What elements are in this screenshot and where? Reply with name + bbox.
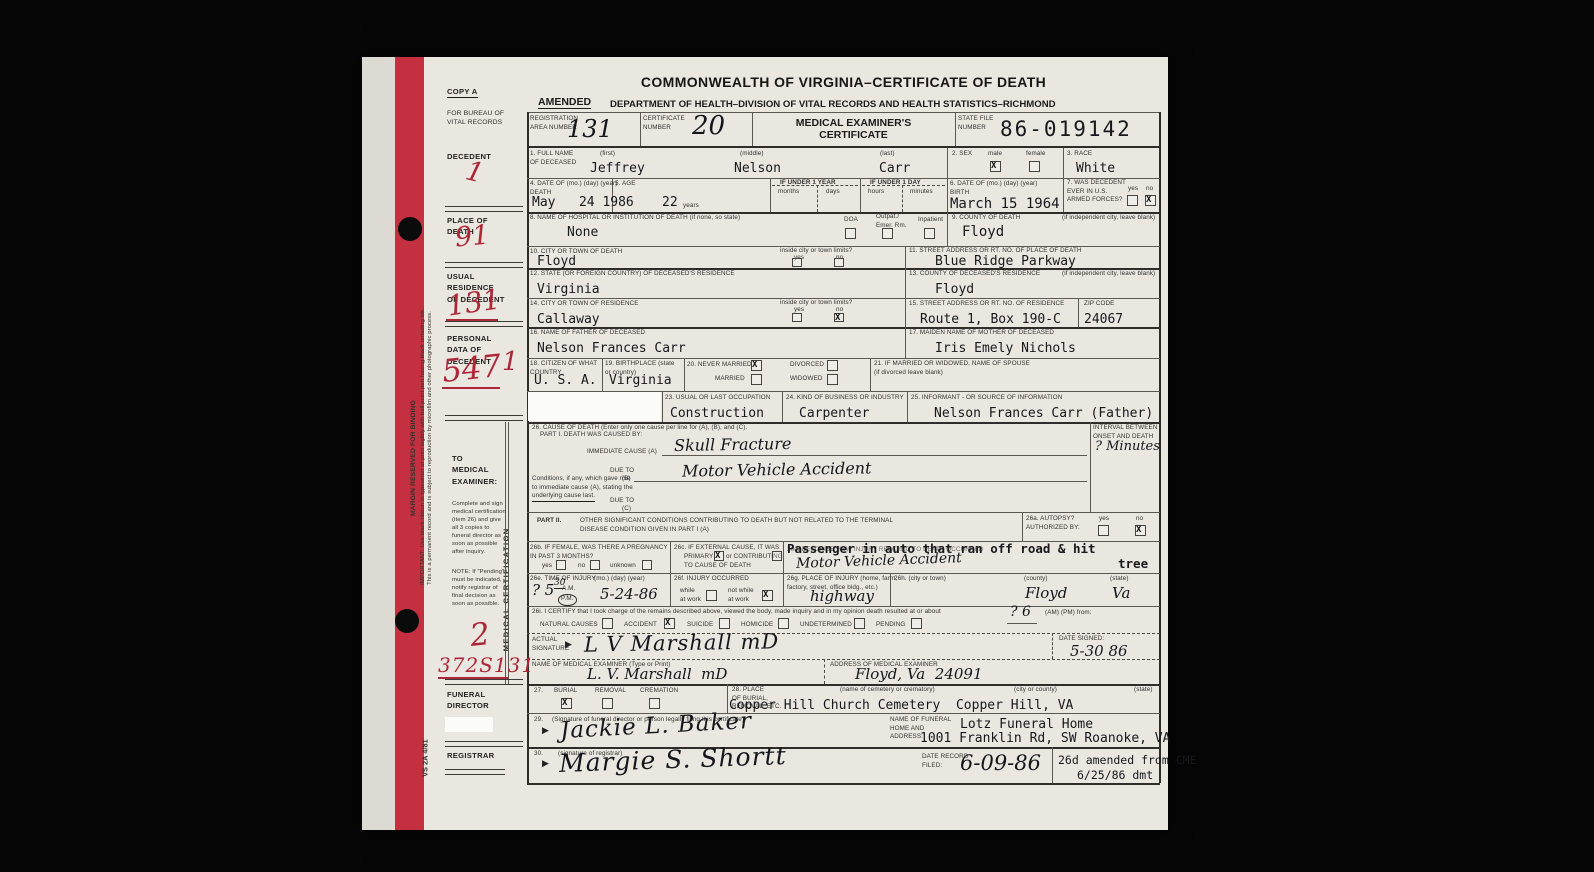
not-while-at-work-checkbox (762, 590, 773, 601)
certify-statement: 26i. I CERTIFY that I took charge of the… (532, 608, 941, 617)
certificate-paper: MARGIN RESERVED FOR BINDING IMPORTANT: U… (362, 57, 1168, 830)
occupation-label: 23. USUAL OR LAST OCCUPATION (665, 394, 770, 403)
date-of-death-value: May 24 1986 (532, 195, 634, 210)
never-married-checkbox (751, 360, 762, 371)
informant-label: 25. INFORMANT - OR SOURCE OF INFORMATION (911, 394, 1062, 403)
residence-city-label: 14. CITY OR TOWN OF RESIDENCE (530, 300, 639, 309)
homicide-checkbox (778, 618, 789, 629)
days-label: days (826, 188, 840, 197)
county-of-death-value: Floyd (962, 224, 1004, 240)
examiner-address-value: Floyd, Va 24091 (855, 665, 983, 683)
residence-county-hint: (if independent city, leave blank) (1062, 270, 1155, 279)
mother-name-label: 17. MAIDEN NAME OF MOTHER OF DECEASED (909, 329, 1054, 338)
divider (445, 321, 523, 327)
burial-label: BURIAL (554, 687, 577, 696)
armed-forces-no-label: no (1146, 185, 1153, 194)
date-of-injury-value: 5-24-86 (600, 585, 658, 603)
industry-label: 24. KIND OF BUSINESS OR INDUSTRY (786, 394, 904, 403)
accident-label: ACCIDENT (624, 621, 657, 630)
residence-county-value: Floyd (935, 282, 974, 297)
autopsy-yes-checkbox (1098, 525, 1109, 536)
county-of-death-label: 9. COUNTY OF DEATH (952, 214, 1020, 223)
ampm-from-label: (AM) (PM) from: (1045, 609, 1092, 618)
mother-name-value: Iris Emely Nichols (935, 341, 1076, 356)
punch-hole (398, 217, 422, 241)
part2-text: OTHER SIGNIFICANT CONDITIONS CONTRIBUTIN… (580, 517, 893, 534)
armed-forces-no-checkbox (1145, 195, 1156, 206)
state-file-number: 86-019142 (1000, 117, 1132, 141)
armed-forces-yes-checkbox (1127, 195, 1138, 206)
paper-edge (362, 57, 395, 830)
not-while-at-work-label: not while at work (728, 587, 754, 604)
conditions-note-underlined: underlying cause last. (532, 492, 595, 502)
examiner-name-value: L. V. Marshall mD (587, 665, 727, 683)
widowed-label: WIDOWED (790, 375, 823, 384)
margin-important-text-2: This is a permanent record and is subjec… (427, 311, 435, 585)
sex-male-checkbox (990, 161, 1001, 172)
natural-causes-label: NATURAL CAUSES (540, 621, 598, 630)
accident-checkbox (664, 618, 675, 629)
county-of-death-hint: (if independent city, leave blank) (1062, 214, 1155, 223)
residence-county-label: 13. COUNTY OF DECEASED'S RESIDENCE (909, 270, 1040, 279)
spouse-label: 21. IF MARRIED OR WIDOWED, NAME OF SPOUS… (874, 360, 1030, 377)
bureau-label: FOR BUREAU OF VITAL RECORDS (447, 109, 504, 127)
immediate-cause-value: Skull Fracture (674, 434, 792, 455)
hospital-label: 8. NAME OF HOSPITAL OR INSTITUTION OF DE… (530, 214, 740, 223)
city-county-hint: (city or county) (1014, 686, 1057, 695)
date-of-birth-value: March 15 1964 (950, 196, 1060, 212)
residence-state-label: 12. STATE (OR FOREIGN COUNTRY) OF DECEAS… (530, 270, 735, 279)
first-name-value: Jeffrey (590, 161, 645, 176)
minutes-label: minutes (910, 188, 933, 197)
divider (445, 769, 505, 775)
redacted-field-whiteout (528, 392, 661, 421)
due-to-b-value: Motor Vehicle Accident (682, 458, 872, 480)
red-annotation-place: 91 (454, 220, 491, 254)
autopsy-no-label: no (1136, 515, 1143, 524)
injury-description-typed-2: tree (1118, 556, 1148, 571)
divider (445, 741, 523, 747)
state-hint: (state) (1134, 686, 1153, 695)
me-certificate-label: MEDICAL EXAMINER'S CERTIFICATE (752, 117, 955, 141)
disposition-number: 27. (534, 687, 543, 696)
red-annotation-residence: 131 (445, 282, 503, 322)
part2-label: PART II. (537, 517, 561, 526)
pregnancy-no-label: no (578, 562, 585, 571)
city-of-death-value: Floyd (537, 254, 576, 269)
race-value: White (1076, 161, 1115, 176)
removal-checkbox (602, 698, 613, 709)
time-of-injury-sub: (mo.) (day) (year) (594, 575, 645, 584)
injury-city-label: 26h. (city or town) (894, 575, 946, 584)
autopsy-no-checkbox (1135, 525, 1146, 536)
pregnancy-yes-checkbox (556, 560, 566, 570)
cremation-label: CREMATION (640, 687, 678, 696)
primary-label: PRIMARY (684, 553, 713, 562)
funeral-home-address: 1001 Franklin Rd, SW Roanoke, VA (920, 731, 1170, 746)
cemetery-hint: (name of cemetery or crematory) (840, 686, 935, 695)
sex-female-checkbox (1029, 161, 1040, 172)
contributing-checkbox (772, 551, 782, 561)
doa-label: DOA (844, 216, 858, 225)
pregnancy-no-checkbox (590, 560, 600, 570)
to-cause-label: TO CAUSE OF DEATH (684, 562, 751, 571)
first-label: (first) (600, 150, 615, 159)
interval-value: ? Minutes (1095, 439, 1160, 454)
inpatient-checkbox (924, 228, 935, 239)
under-1-day-label: IF UNDER 1 DAY (870, 179, 921, 188)
injury-occurred-label: 26f. INJURY OCCURRED (674, 575, 749, 584)
while-at-work-label: while at work (680, 587, 701, 604)
death-time-value: ? 6 (1010, 604, 1031, 620)
last-name-value: Carr (879, 161, 910, 176)
undetermined-checkbox (854, 618, 865, 629)
residence-limits-yes-checkbox (792, 313, 802, 322)
medical-examiner-signature: L V Marshall mD (584, 629, 780, 656)
divider (445, 415, 523, 421)
doa-checkbox (845, 228, 856, 239)
while-at-work-checkbox (706, 590, 717, 601)
immediate-cause-label: IMMEDIATE CAUSE (A) (587, 448, 657, 457)
middle-label: (middle) (740, 150, 764, 159)
father-name-value: Nelson Frances Carr (537, 341, 686, 356)
certificate-number-label: CERTIFICATE NUMBER (643, 115, 685, 132)
red-annotation-examiner: 2 (468, 616, 491, 654)
state-file-label: STATE FILE NUMBER (958, 115, 993, 132)
residence-state-value: Virginia (537, 282, 600, 297)
section-funeral-director: FUNERAL DIRECTOR (447, 689, 489, 712)
age-unit-label: years (683, 202, 699, 211)
whiteout-patch (445, 717, 493, 732)
red-annotation-personal-2: 1 (502, 347, 519, 377)
form-code: VS 2A 4/81 (420, 739, 430, 777)
pm-label-circled: P.M. (558, 594, 577, 606)
outpatient-checkbox (882, 228, 893, 239)
section-to-medical-examiner: TO MEDICAL EXAMINER: (452, 453, 497, 487)
am-label: A.M. (562, 585, 575, 594)
widowed-checkbox (827, 374, 838, 385)
death-street-value: Blue Ridge Parkway (935, 254, 1076, 269)
pending-checkbox (911, 618, 922, 629)
pregnancy-label: 26b. IF FEMALE, WAS THERE A PREGNANCY IN… (530, 544, 668, 561)
divorced-checkbox (827, 360, 838, 371)
divider (445, 206, 523, 212)
pending-note: NOTE: If "Pending" must be indicated, no… (452, 569, 507, 609)
place-of-burial-value: Copper Hill Church Cemetery Copper Hill,… (729, 698, 1073, 713)
pending-label: PENDING (876, 621, 905, 630)
cremation-checkbox (649, 698, 660, 709)
document-title: COMMONWEALTH OF VIRGINIA–CERTIFICATE OF … (527, 74, 1160, 90)
homicide-label: HOMICIDE (741, 621, 773, 630)
sex-female-label: female (1026, 150, 1046, 159)
red-annotation-personal: 547 (440, 348, 503, 390)
age-label: 5. AGE (615, 180, 636, 189)
last-label: (last) (880, 150, 895, 159)
undetermined-label: UNDETERMINED (800, 621, 852, 630)
injury-county-label: (county) (1024, 575, 1048, 584)
birthplace-value: Virginia (609, 373, 672, 388)
divorced-label: DIVORCED (790, 361, 824, 370)
date-signed-value: 5-30 86 (1070, 642, 1128, 660)
arrow-icon: ▶ (542, 725, 549, 736)
armed-forces-yes-label: yes (1128, 185, 1138, 194)
due-to-c-letter: (C) (622, 505, 631, 514)
zip-label: ZIP CODE (1084, 300, 1114, 309)
date-filed-value: 6-09-86 (960, 751, 1041, 775)
conditions-note: Conditions, if any, which gave rise to i… (532, 475, 633, 492)
amendment-note-line2: 6/25/86 dmt (1077, 768, 1153, 782)
residence-limits-no-checkbox (834, 313, 844, 322)
inpatient-label: Inpatient (918, 216, 943, 225)
pregnancy-yes-label: yes (542, 562, 552, 571)
married-checkbox (751, 374, 762, 385)
full-name-label: 1. FULL NAME OF DECEASED (530, 150, 576, 167)
to-me-instructions: Complete and sign medical certification … (452, 501, 507, 557)
funeral-home-name: Lotz Funeral Home (960, 717, 1093, 732)
residence-street-value: Route 1, Box 190-C (920, 312, 1061, 327)
part1-label: PART I. DEATH WAS CAUSED BY: (540, 431, 642, 440)
place-of-injury-value: highway (810, 587, 874, 605)
arrow-icon: ▶ (542, 758, 549, 769)
pregnancy-unknown-label: unknown (610, 562, 636, 571)
amended-stamp: AMENDED (538, 96, 591, 109)
married-label: MARRIED (715, 375, 745, 384)
sex-male-label: male (988, 150, 1002, 159)
autopsy-label: 26a. AUTOPSY? AUTHORIZED BY: (1026, 515, 1080, 532)
months-label: months (778, 188, 799, 197)
pregnancy-unknown-checkbox (642, 560, 652, 570)
hours-label: hours (868, 188, 884, 197)
industry-value: Carpenter (799, 406, 869, 421)
autopsy-yes-label: yes (1099, 515, 1109, 524)
date-of-birth-label: 6. DATE OF (mo.) (day) (year) BIRTH (950, 180, 1037, 197)
suicide-label: SUICIDE (687, 621, 713, 630)
removal-label: REMOVAL (595, 687, 626, 696)
father-name-label: 16. NAME OF FATHER OF DECEASED (530, 329, 645, 338)
under-1-year-label: IF UNDER 1 YEAR (780, 179, 836, 188)
external-cause-label: 26c. IF EXTERNAL CAUSE, IT WAS (674, 544, 779, 553)
arrow-icon: ▶ (565, 639, 572, 650)
margin-binding-text: MARGIN RESERVED FOR BINDING (409, 400, 418, 516)
punch-hole (395, 609, 419, 633)
time-of-injury-value: ? 5 (532, 581, 554, 599)
informant-value: Nelson Frances Carr (Father) (934, 406, 1153, 421)
red-underline (442, 387, 500, 389)
death-limits-no-checkbox (834, 258, 844, 267)
divider (445, 679, 523, 685)
section-registrar: REGISTRAR (447, 750, 494, 761)
amendment-note-line1: 26d amended from CME (1058, 753, 1196, 767)
suicide-checkbox (719, 618, 730, 629)
copy-label: COPY A (447, 86, 478, 98)
residence-street-label: 15. STREET ADDRESS OR RT. NO. OF RESIDEN… (909, 300, 1064, 309)
divider (445, 262, 523, 268)
occupation-value: Construction (670, 406, 764, 421)
injury-county-value: Floyd (1025, 584, 1067, 602)
natural-causes-checkbox (602, 618, 613, 629)
middle-name-value: Nelson (734, 161, 781, 176)
armed-forces-label: 7. WAS DECEDENT EVER IN U.S. ARMED FORCE… (1067, 179, 1129, 205)
department-subtitle: DEPARTMENT OF HEALTH–DIVISION OF VITAL R… (610, 99, 1056, 110)
hospital-value: None (567, 225, 598, 240)
red-annotation-code: 372S131 (438, 653, 535, 677)
actual-signature-label: ACTUAL SIGNATURE (532, 636, 569, 653)
burial-checkbox (561, 698, 572, 709)
injury-state-label: (state) (1110, 575, 1129, 584)
fd-number: 29. (534, 716, 543, 725)
sex-label: 2. SEX (952, 150, 972, 159)
certificate-number-value: 20 (692, 111, 725, 141)
race-label: 3. RACE (1067, 150, 1092, 159)
age-value: 22 (662, 195, 678, 210)
injury-state-value: Va (1112, 584, 1130, 602)
never-married-label: 20. NEVER MARRIED (687, 361, 752, 370)
scanned-death-certificate: MARGIN RESERVED FOR BINDING IMPORTANT: U… (0, 0, 1594, 872)
death-limits-yes-checkbox (792, 258, 802, 267)
citizen-value: U. S. A. (534, 373, 597, 388)
primary-checkbox (714, 551, 724, 561)
registration-area-value: 131 (567, 115, 613, 143)
zip-value: 24067 (1084, 312, 1123, 327)
residence-city-value: Callaway (537, 312, 600, 327)
